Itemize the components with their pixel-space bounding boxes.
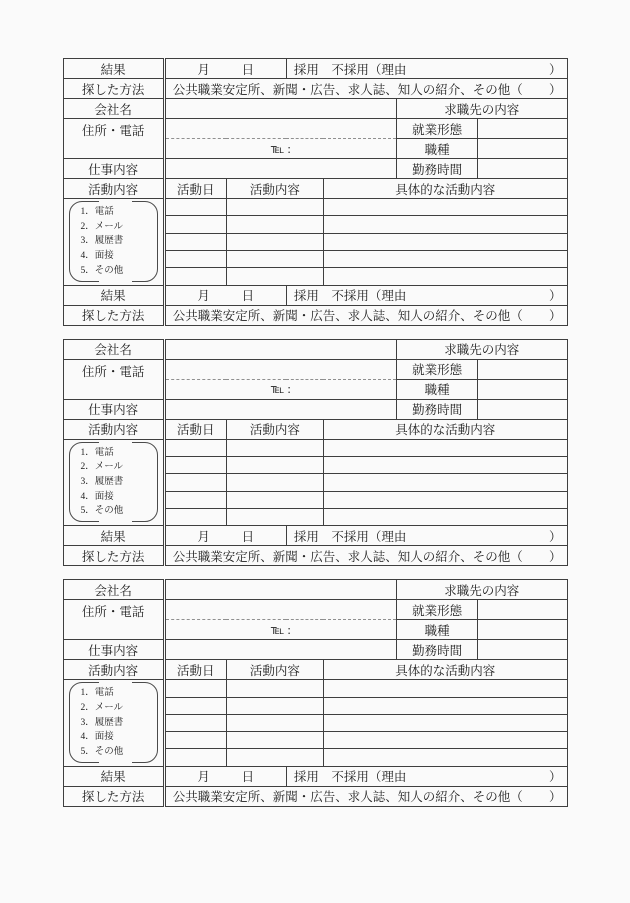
activity-method-item: 3．履歴書	[81, 234, 155, 249]
activity-label: 活動内容	[63, 179, 164, 199]
activity-methods-cell: 1．電話 2．メール 3．履歴書 4．面接 5．その他	[63, 199, 164, 286]
activity-content-field	[226, 697, 323, 714]
job-description-field	[164, 399, 396, 419]
activity-date-header: 活動日	[164, 179, 226, 199]
address-phone-label: 住所・電話	[63, 600, 164, 640]
activity-date-field	[164, 749, 226, 766]
employment-type-label: 就業形態	[397, 119, 478, 139]
activity-methods-bracket: 1．電話 2．メール 3．履歴書 4．面接 5．その他	[69, 201, 158, 282]
address-field	[164, 600, 396, 620]
result-options-field: 採用 不採用（理由）	[286, 59, 567, 79]
search-method-options-field: 公共職業安定所、新聞・広告、求人誌、知人の紹介、その他（）	[164, 546, 567, 566]
working-hours-field	[478, 159, 567, 179]
activity-content-field	[226, 474, 323, 491]
company-name-label: 会社名	[63, 580, 164, 600]
working-hours-label: 勤務時間	[397, 640, 478, 660]
activity-detail-field	[323, 268, 567, 285]
activity-date-field	[164, 456, 226, 473]
address-row: 住所・電話 就業形態	[63, 600, 567, 620]
job-offer-header: 求職先の内容	[397, 339, 567, 359]
form-page: 結果 月日 採用 不採用（理由） 探した方法 公共職業安定所、新聞・広告、求人誌…	[0, 0, 630, 807]
result-options-label: 採用 不採用（理由	[287, 527, 407, 545]
day-label: 日	[242, 286, 255, 304]
activity-methods-bracket: 1．電話 2．メール 3．履歴書 4．面接 5．その他	[69, 682, 158, 763]
job-description-row: 仕事内容 勤務時間	[63, 399, 567, 419]
activity-label: 活動内容	[63, 660, 164, 680]
occupation-field	[478, 620, 567, 640]
activity-content-field	[226, 268, 323, 285]
activity-method-item: 1．電話	[81, 205, 155, 220]
activity-content-field	[226, 732, 323, 749]
close-paren: ）	[549, 547, 567, 565]
activity-detail-field	[323, 250, 567, 267]
company-row: 会社名 求職先の内容	[63, 99, 567, 119]
activity-date-field	[164, 474, 226, 491]
occupation-field	[478, 139, 567, 159]
day-label: 日	[242, 60, 255, 78]
result-options-label: 採用 不採用（理由	[287, 286, 407, 304]
address-row: 住所・電話 就業形態	[63, 119, 567, 139]
job-description-label: 仕事内容	[63, 640, 164, 660]
search-method-row: 探した方法 公共職業安定所、新聞・広告、求人誌、知人の紹介、その他（）	[63, 79, 567, 99]
search-method-options-label: 公共職業安定所、新聞・広告、求人誌、知人の紹介、その他（	[166, 547, 523, 565]
result-label: 結果	[63, 766, 164, 786]
month-label: 月	[197, 60, 210, 78]
employment-type-label: 就業形態	[397, 359, 478, 379]
occupation-label: 職種	[397, 620, 478, 640]
result-row: 結果 月日 採用 不採用（理由）	[63, 766, 567, 786]
close-paren: ）	[549, 306, 567, 324]
activity-content-field	[226, 508, 323, 525]
employment-type-label: 就業形態	[397, 600, 478, 620]
result-date-field: 月日	[164, 59, 286, 79]
activity-detail-field	[323, 491, 567, 508]
result-row: 結果 月日 採用 不採用（理由）	[63, 59, 567, 79]
record-table-1: 結果 月日 採用 不採用（理由） 探した方法 公共職業安定所、新聞・広告、求人誌…	[63, 58, 568, 326]
activity-detail-field	[323, 199, 567, 216]
activity-detail-field	[323, 456, 567, 473]
close-paren: ）	[549, 767, 567, 785]
activity-content-field	[226, 680, 323, 697]
working-hours-field	[478, 640, 567, 660]
job-description-label: 仕事内容	[63, 399, 164, 419]
activity-header-row: 活動内容 活動日 活動内容 具体的な活動内容	[63, 660, 567, 680]
activity-detail-field	[323, 732, 567, 749]
result-date-field: 月日	[164, 766, 286, 786]
activity-detail-field	[323, 216, 567, 233]
working-hours-label: 勤務時間	[397, 399, 478, 419]
activity-content-field	[226, 439, 323, 456]
search-method-row: 探した方法 公共職業安定所、新聞・広告、求人誌、知人の紹介、その他（）	[63, 305, 567, 325]
activity-content-header: 活動内容	[226, 419, 323, 439]
activity-detail-field	[323, 714, 567, 731]
employment-type-field	[478, 359, 567, 379]
close-paren: ）	[549, 80, 567, 98]
search-method-label: 探した方法	[63, 546, 164, 566]
activity-detail-field	[323, 508, 567, 525]
company-row: 会社名 求職先の内容	[63, 339, 567, 359]
day-label: 日	[242, 767, 255, 785]
address-row: 住所・電話 就業形態	[63, 359, 567, 379]
search-method-options-field: 公共職業安定所、新聞・広告、求人誌、知人の紹介、その他（）	[164, 305, 567, 325]
activity-content-field	[226, 749, 323, 766]
search-method-row: 探した方法 公共職業安定所、新聞・広告、求人誌、知人の紹介、その他（）	[63, 546, 567, 566]
close-paren: ）	[549, 286, 567, 304]
working-hours-field	[478, 399, 567, 419]
month-label: 月	[197, 527, 210, 545]
activity-date-field	[164, 199, 226, 216]
search-method-options-label: 公共職業安定所、新聞・広告、求人誌、知人の紹介、その他（	[166, 306, 523, 324]
activity-detail-field	[323, 749, 567, 766]
activity-date-field	[164, 250, 226, 267]
result-options-field: 採用 不採用（理由）	[286, 526, 567, 546]
activity-detail-header: 具体的な活動内容	[323, 179, 567, 199]
search-method-options-field: 公共職業安定所、新聞・広告、求人誌、知人の紹介、その他（）	[164, 786, 567, 806]
activity-date-field	[164, 216, 226, 233]
search-method-label: 探した方法	[63, 79, 164, 99]
job-description-field	[164, 640, 396, 660]
activity-date-field	[164, 491, 226, 508]
activity-content-field	[226, 456, 323, 473]
record-table-2: 会社名 求職先の内容 住所・電話 就業形態 ℡ : 職種 仕事内容 勤務時間 活…	[63, 339, 568, 567]
record-table-3: 会社名 求職先の内容 住所・電話 就業形態 ℡ : 職種 仕事内容 勤務時間 活…	[63, 579, 568, 807]
close-paren: ）	[549, 787, 567, 805]
activity-row: 1．電話 2．メール 3．履歴書 4．面接 5．その他	[63, 199, 567, 216]
job-offer-header: 求職先の内容	[397, 580, 567, 600]
activity-detail-field	[323, 680, 567, 697]
activity-method-item: 2．メール	[81, 460, 155, 475]
activity-content-field	[226, 491, 323, 508]
activity-method-item: 5．その他	[81, 504, 155, 519]
result-row: 結果 月日 採用 不採用（理由）	[63, 285, 567, 305]
working-hours-label: 勤務時間	[397, 159, 478, 179]
close-paren: ）	[549, 527, 567, 545]
occupation-label: 職種	[397, 379, 478, 399]
activity-method-item: 3．履歴書	[81, 475, 155, 490]
company-name-field	[164, 339, 396, 359]
result-row: 結果 月日 採用 不採用（理由）	[63, 526, 567, 546]
search-method-label: 探した方法	[63, 786, 164, 806]
activity-methods-bracket: 1．電話 2．メール 3．履歴書 4．面接 5．その他	[69, 442, 158, 523]
activity-content-field	[226, 714, 323, 731]
activity-date-field	[164, 714, 226, 731]
address-field	[164, 119, 396, 139]
result-label: 結果	[63, 285, 164, 305]
activity-method-item: 1．電話	[81, 446, 155, 461]
activity-method-item: 5．その他	[81, 745, 155, 760]
tel-field: ℡ :	[164, 620, 396, 640]
activity-header-row: 活動内容 活動日 活動内容 具体的な活動内容	[63, 179, 567, 199]
activity-detail-field	[323, 233, 567, 250]
activity-row: 1．電話 2．メール 3．履歴書 4．面接 5．その他	[63, 680, 567, 697]
activity-content-field	[226, 216, 323, 233]
activity-date-field	[164, 697, 226, 714]
search-method-row: 探した方法 公共職業安定所、新聞・広告、求人誌、知人の紹介、その他（）	[63, 786, 567, 806]
activity-row: 1．電話 2．メール 3．履歴書 4．面接 5．その他	[63, 439, 567, 456]
tel-field: ℡ :	[164, 139, 396, 159]
result-options-field: 採用 不採用（理由）	[286, 285, 567, 305]
activity-content-header: 活動内容	[226, 179, 323, 199]
company-name-label: 会社名	[63, 99, 164, 119]
activity-method-item: 4．面接	[81, 490, 155, 505]
result-options-label: 採用 不採用（理由	[287, 60, 407, 78]
activity-header-row: 活動内容 活動日 活動内容 具体的な活動内容	[63, 419, 567, 439]
activity-label: 活動内容	[63, 419, 164, 439]
activity-method-item: 2．メール	[81, 701, 155, 716]
employment-type-field	[478, 600, 567, 620]
company-name-field	[164, 580, 396, 600]
activity-content-header: 活動内容	[226, 660, 323, 680]
address-field	[164, 359, 396, 379]
activity-date-field	[164, 508, 226, 525]
month-label: 月	[197, 286, 210, 304]
occupation-label: 職種	[397, 139, 478, 159]
job-description-row: 仕事内容 勤務時間	[63, 159, 567, 179]
search-method-options-field: 公共職業安定所、新聞・広告、求人誌、知人の紹介、その他（）	[164, 79, 567, 99]
activity-date-field	[164, 732, 226, 749]
company-name-field	[164, 99, 396, 119]
result-label: 結果	[63, 59, 164, 79]
address-phone-label: 住所・電話	[63, 359, 164, 399]
company-name-label: 会社名	[63, 339, 164, 359]
activity-detail-header: 具体的な活動内容	[323, 419, 567, 439]
job-offer-header: 求職先の内容	[397, 99, 567, 119]
activity-detail-field	[323, 697, 567, 714]
search-method-options-label: 公共職業安定所、新聞・広告、求人誌、知人の紹介、その他（	[166, 787, 523, 805]
activity-date-field	[164, 439, 226, 456]
activity-date-field	[164, 680, 226, 697]
activity-date-field	[164, 233, 226, 250]
activity-method-item: 3．履歴書	[81, 716, 155, 731]
search-method-options-label: 公共職業安定所、新聞・広告、求人誌、知人の紹介、その他（	[166, 80, 523, 98]
activity-detail-header: 具体的な活動内容	[323, 660, 567, 680]
search-method-label: 探した方法	[63, 305, 164, 325]
company-row: 会社名 求職先の内容	[63, 580, 567, 600]
employment-type-field	[478, 119, 567, 139]
month-label: 月	[197, 767, 210, 785]
job-description-label: 仕事内容	[63, 159, 164, 179]
activity-content-field	[226, 250, 323, 267]
activity-method-item: 5．その他	[81, 264, 155, 279]
activity-methods-cell: 1．電話 2．メール 3．履歴書 4．面接 5．その他	[63, 439, 164, 526]
activity-content-field	[226, 199, 323, 216]
job-description-row: 仕事内容 勤務時間	[63, 640, 567, 660]
result-label: 結果	[63, 526, 164, 546]
activity-date-header: 活動日	[164, 660, 226, 680]
address-phone-label: 住所・電話	[63, 119, 164, 159]
result-options-label: 採用 不採用（理由	[287, 767, 407, 785]
activity-date-field	[164, 268, 226, 285]
activity-detail-field	[323, 474, 567, 491]
activity-detail-field	[323, 439, 567, 456]
occupation-field	[478, 379, 567, 399]
job-description-field	[164, 159, 396, 179]
activity-content-field	[226, 233, 323, 250]
close-paren: ）	[549, 60, 567, 78]
activity-method-item: 4．面接	[81, 249, 155, 264]
result-options-field: 採用 不採用（理由）	[286, 766, 567, 786]
activity-method-item: 2．メール	[81, 220, 155, 235]
activity-method-item: 4．面接	[81, 730, 155, 745]
activity-method-item: 1．電話	[81, 686, 155, 701]
day-label: 日	[242, 527, 255, 545]
activity-methods-cell: 1．電話 2．メール 3．履歴書 4．面接 5．その他	[63, 680, 164, 767]
tel-field: ℡ :	[164, 379, 396, 399]
result-date-field: 月日	[164, 526, 286, 546]
result-date-field: 月日	[164, 285, 286, 305]
activity-date-header: 活動日	[164, 419, 226, 439]
